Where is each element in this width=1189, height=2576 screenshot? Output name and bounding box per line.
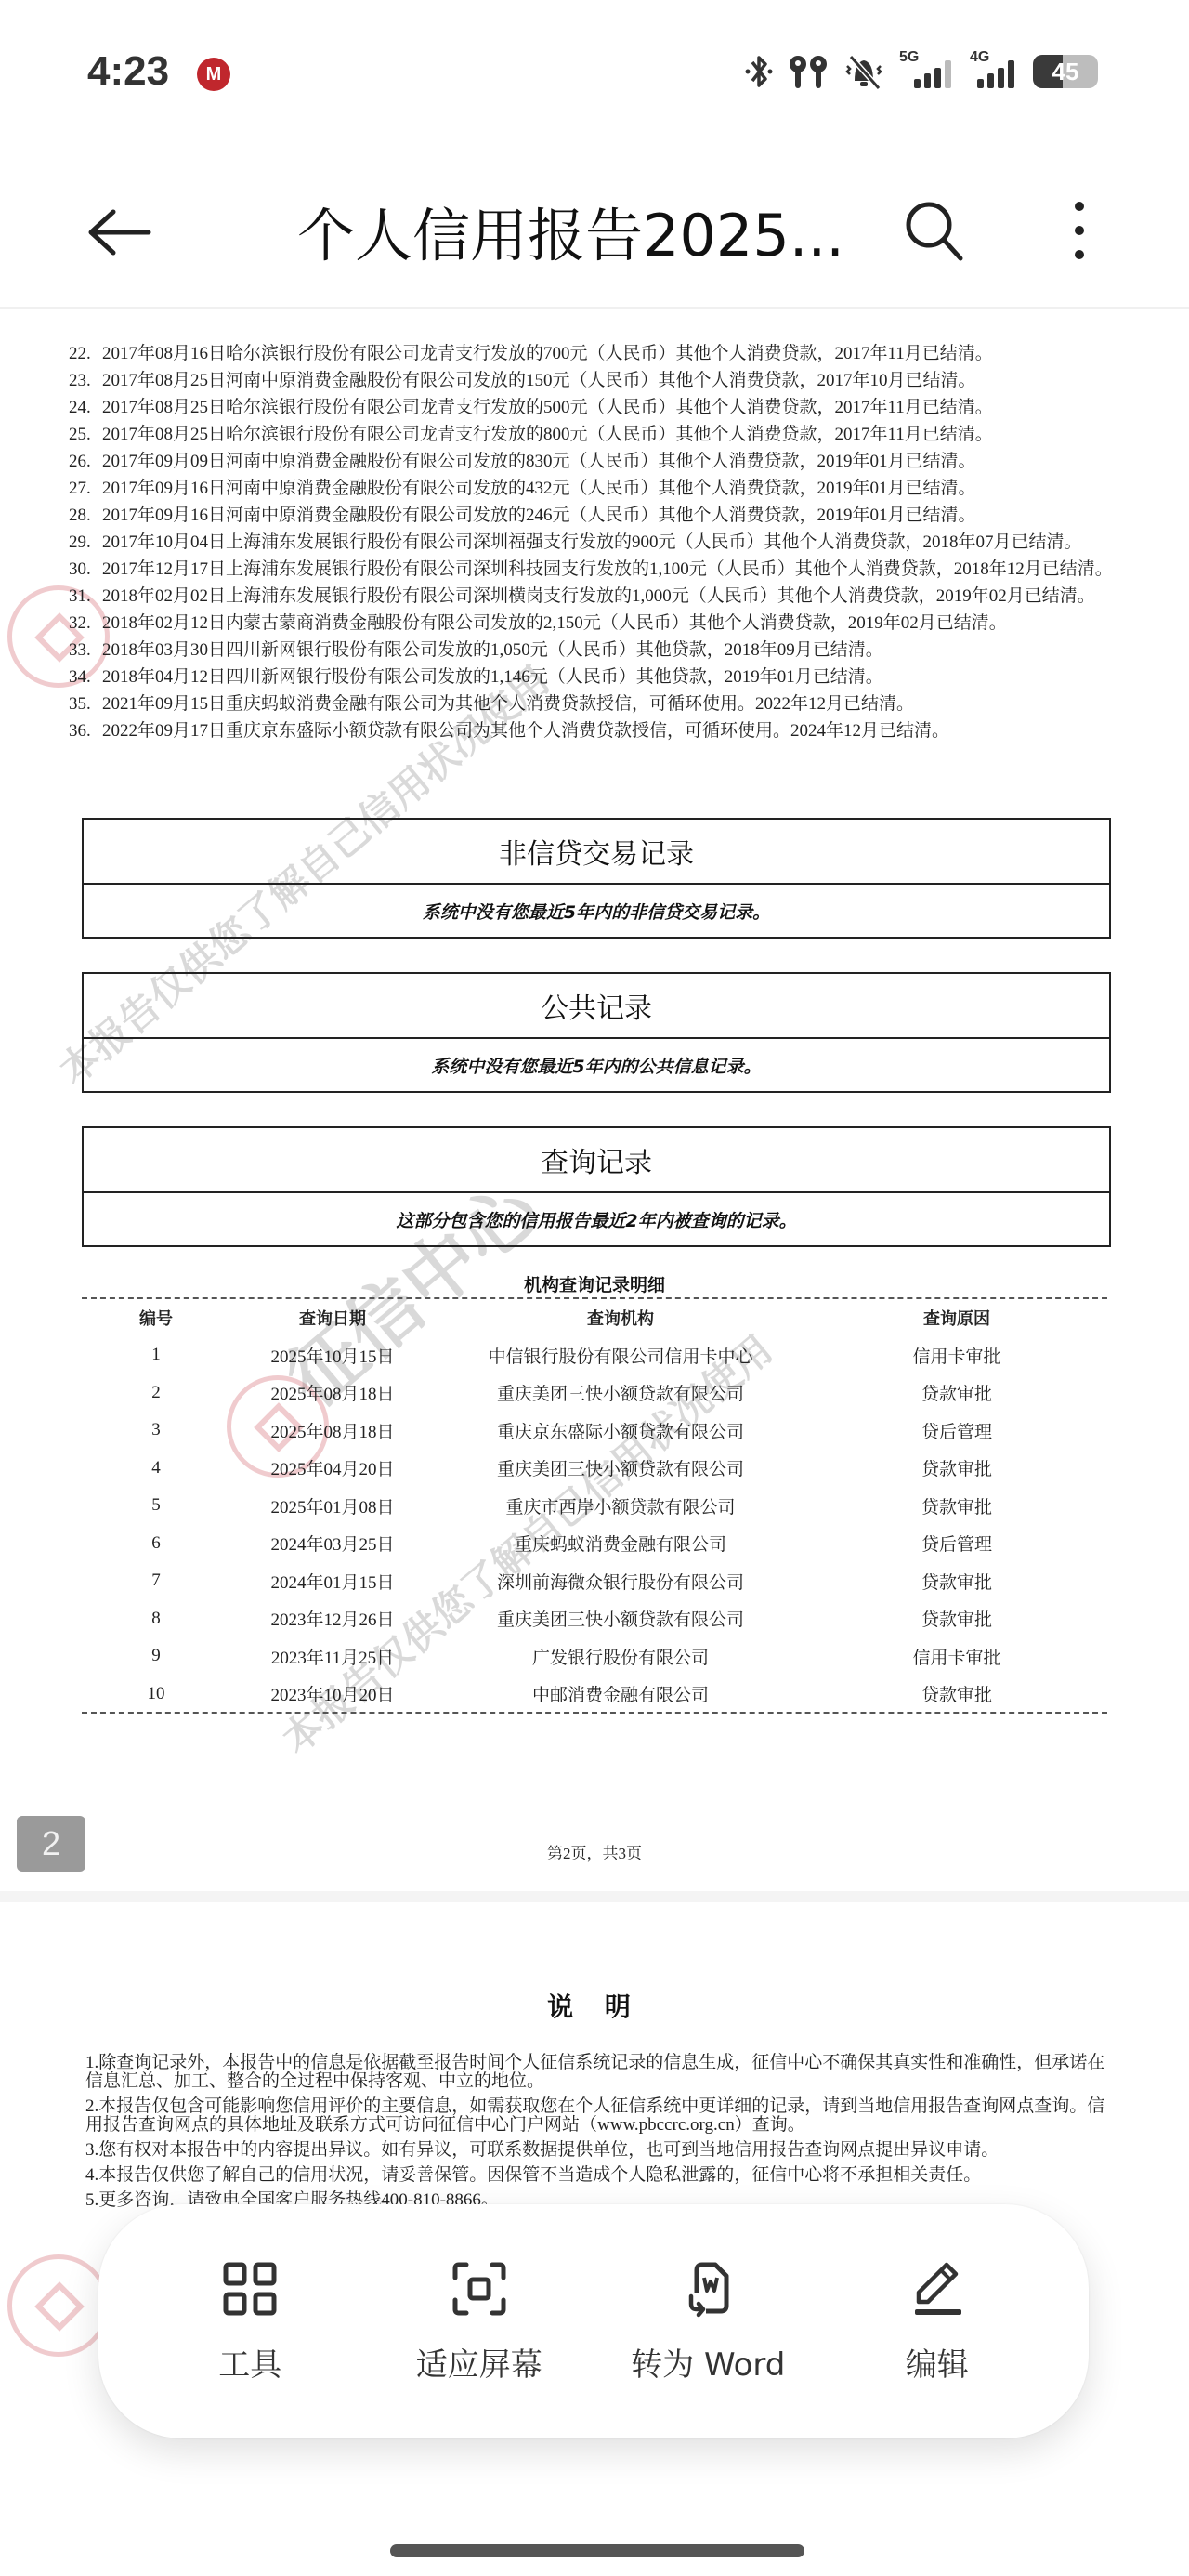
table-header-row: 编号 查询日期 查询机构 查询原因 — [82, 1299, 1107, 1336]
note-item: 2.本报告仅包含可能影响您信用评价的主要信息，如需获取您在个人征信系统中更详细的… — [85, 2097, 1117, 2135]
vibrate-off-bell-icon — [843, 53, 884, 90]
table-row: 42025年04月20日重庆美团三快小额贷款有限公司贷款审批 — [82, 1450, 1107, 1488]
bank-app-notification-icon: M — [197, 58, 230, 91]
status-bar: 4:23 M 5G 4G 45 — [0, 0, 1189, 149]
inquiry-table: 编号 查询日期 查询机构 查询原因 12025年10月15日中信银行股份有限公司… — [82, 1299, 1107, 1713]
note-item: 4.本报告仅供您了解自己的信用状况，请妥善保管。因保管不当造成个人隐私泄露的，征… — [85, 2166, 1117, 2185]
edit-pencil-icon — [908, 2259, 967, 2319]
list-item: 32.2018年02月12日内蒙古蒙商消费金融股份有限公司发放的2,150元（人… — [69, 610, 1128, 637]
section-title: 非信贷交易记录 — [84, 820, 1109, 885]
loan-records-list: 22.2017年08月16日哈尔滨银行股份有限公司龙青支行发放的700元（人民币… — [69, 340, 1128, 744]
section-note: 系统中没有您最近5年内的非信贷交易记录。 — [84, 885, 1109, 937]
inquiry-records-section: 查询记录 这部分包含您的信用报告最近2年内被查询的记录。 — [82, 1126, 1111, 1247]
notes-title: 说 明 — [0, 1987, 1189, 2024]
section-note: 这部分包含您的信用报告最近2年内被查询的记录。 — [84, 1193, 1109, 1245]
fit-screen-button[interactable]: 适应屏幕 — [377, 2259, 581, 2385]
list-item: 27.2017年09月16日河南中原消费金融股份有限公司发放的432元（人民币）… — [69, 475, 1128, 502]
table-row: 82023年12月26日重庆美团三快小额贷款有限公司贷款审批 — [82, 1600, 1107, 1638]
list-item: 36.2022年09月17日重庆京东盛际小额贷款有限公司为其他个人消费贷款授信，… — [69, 717, 1128, 744]
list-item: 35.2021年09月15日重庆蚂蚁消费金融有限公司为其他个人消费贷款授信，可循… — [69, 690, 1128, 717]
earbuds-icon — [788, 53, 829, 90]
list-item: 23.2017年08月25日河南中原消费金融股份有限公司发放的150元（人民币）… — [69, 367, 1128, 394]
table-row: 92023年11月25日广发银行股份有限公司信用卡审批 — [82, 1637, 1107, 1676]
bluetooth-icon — [745, 53, 773, 90]
list-item: 29.2017年10月04日上海浦东发展银行股份有限公司深圳福强支行发放的900… — [69, 529, 1128, 556]
table-bottom-divider — [82, 1712, 1107, 1714]
more-vertical-icon — [1059, 193, 1100, 268]
non-credit-transactions-section: 非信贷交易记录 系统中没有您最近5年内的非信贷交易记录。 — [82, 818, 1111, 939]
more-options-button[interactable] — [1059, 193, 1100, 268]
edit-button[interactable]: 编辑 — [835, 2259, 1039, 2385]
page-separator — [0, 1891, 1189, 1902]
list-item: 22.2017年08月16日哈尔滨银行股份有限公司龙青支行发放的700元（人民币… — [69, 340, 1128, 367]
table-row: 32025年08月18日重庆京东盛际小额贷款有限公司贷后管理 — [82, 1412, 1107, 1450]
document-title: 个人信用报告2025... — [297, 190, 844, 272]
fit-screen-icon — [450, 2259, 509, 2319]
back-button[interactable] — [82, 195, 156, 269]
table-row: 12025年10月15日中信银行股份有限公司信用卡中心信用卡审批 — [82, 1336, 1107, 1374]
bottom-toolbar: 工具 适应屏幕 转为 Word 编辑 — [98, 2204, 1089, 2438]
tools-button[interactable]: 工具 — [148, 2259, 352, 2385]
list-item: 34.2018年04月12日四川新网银行股份有限公司发放的1,146元（人民币）… — [69, 664, 1128, 690]
inquiry-table-title: 机构查询记录明细 — [0, 1271, 1189, 1296]
table-row: 62024年03月25日重庆蚂蚁消费金融有限公司贷后管理 — [82, 1525, 1107, 1563]
home-indicator[interactable] — [390, 2544, 804, 2557]
list-item: 25.2017年08月25日哈尔滨银行股份有限公司龙青支行发放的800元（人民币… — [69, 421, 1128, 448]
grid-icon — [220, 2259, 280, 2319]
note-item: 3.您有权对本报告中的内容提出异议。如有异议，可联系数据提供单位，也可到当地信用… — [85, 2141, 1117, 2160]
list-item: 28.2017年09月16日河南中原消费金融股份有限公司发放的246元（人民币）… — [69, 502, 1128, 529]
signal-5g-icon: 5G — [899, 55, 955, 88]
table-row: 72024年01月15日深圳前海微众银行股份有限公司贷款审批 — [82, 1562, 1107, 1600]
list-item: 26.2017年09月09日河南中原消费金融股份有限公司发放的830元（人民币）… — [69, 448, 1128, 475]
note-item: 1.除查询记录外，本报告中的信息是依据截至报告时间个人征信系统记录的信息生成，征… — [85, 2054, 1117, 2091]
credit-center-seal-watermark — [7, 2254, 110, 2357]
battery-icon: 45 — [1033, 55, 1098, 88]
convert-to-word-button[interactable]: 转为 Word — [606, 2259, 810, 2385]
page-footer: 第2页，共3页 — [0, 1840, 1189, 1863]
signal-4g-icon: 4G — [970, 55, 1018, 88]
arrow-left-icon — [82, 195, 156, 269]
section-note: 系统中没有您最近5年内的公共信息记录。 — [84, 1039, 1109, 1091]
convert-word-icon — [678, 2259, 738, 2319]
divider — [0, 307, 1189, 309]
table-row: 52025年01月08日重庆市西岸小额贷款有限公司贷款审批 — [82, 1487, 1107, 1525]
list-item: 31.2018年02月02日上海浦东发展银行股份有限公司深圳横岗支行发放的1,0… — [69, 583, 1128, 610]
table-row: 22025年08月18日重庆美团三快小额贷款有限公司贷款审批 — [82, 1374, 1107, 1413]
section-title: 公共记录 — [84, 974, 1109, 1039]
table-row: 102023年10月20日中邮消费金融有限公司贷款审批 — [82, 1676, 1107, 1714]
section-title: 查询记录 — [84, 1128, 1109, 1193]
public-records-section: 公共记录 系统中没有您最近5年内的公共信息记录。 — [82, 972, 1111, 1093]
app-bar: 个人信用报告2025... — [0, 149, 1189, 307]
search-icon — [897, 193, 972, 268]
notes-list: 1.除查询记录外，本报告中的信息是依据截至报告时间个人征信系统记录的信息生成，征… — [85, 2054, 1117, 2216]
status-time: 4:23 — [87, 48, 169, 95]
search-button[interactable] — [897, 193, 972, 268]
list-item: 24.2017年08月25日哈尔滨银行股份有限公司龙青支行发放的500元（人民币… — [69, 394, 1128, 421]
list-item: 33.2018年03月30日四川新网银行股份有限公司发放的1,050元（人民币）… — [69, 637, 1128, 664]
list-item: 30.2017年12月17日上海浦东发展银行股份有限公司深圳科技园支行发放的1,… — [69, 556, 1128, 583]
